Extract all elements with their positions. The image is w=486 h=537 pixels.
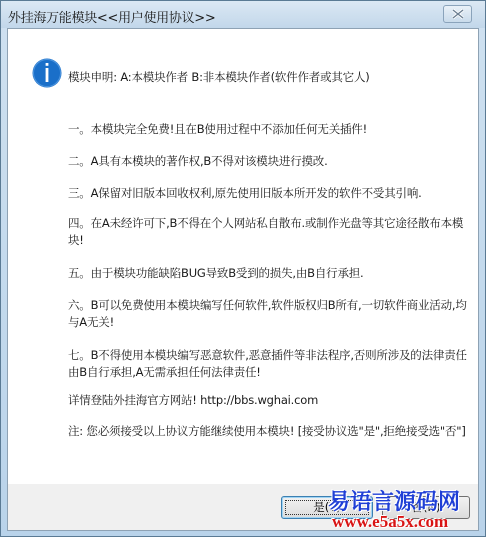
button-bar: 是(Y) 否(N) — [8, 484, 478, 530]
info-icon — [32, 58, 62, 88]
clause-2: 二。A具有本模块的著作权,B不得对该模块进行摸改. — [68, 153, 468, 170]
dialog-client-area: 模块申明: A:本模块作者 B:非本模块作者(软件作者或其它人) 一。本模块完全… — [7, 28, 479, 531]
no-button-label: 否(N) — [411, 500, 440, 514]
clause-4: 四。在A未经许可下,B不得在个人网站私自散布.或制作光盘等其它途径散布本模块! — [68, 215, 468, 249]
declaration-text: 模块申明: A:本模块作者 B:非本模块作者(软件作者或其它人) — [68, 69, 468, 86]
title-bar[interactable]: 外挂海万能模块<<用户使用协议>> — [1, 1, 485, 28]
clause-7: 七。B不得使用本模块编写恶意软件,恶意插件等非法程序,否则所涉及的法律责任由B自… — [68, 347, 468, 381]
dialog-window: 外挂海万能模块<<用户使用协议>> 模块申明: A:本模块作者 B:非本模块作者… — [0, 0, 486, 537]
acceptance-note: 注: 您必须接受以上协议方能继续使用本模块! [接受协议选"是",拒绝接受选"否… — [68, 423, 468, 440]
clause-3: 三。A保留对旧版本回收权利,原先使用旧版本所开发的软件不受其引响. — [68, 185, 468, 202]
close-icon — [452, 9, 464, 19]
website-line: 详情登陆外挂海官方网站! http://bbs.wghai.com — [68, 392, 468, 409]
yes-button[interactable]: 是(Y) — [281, 496, 373, 519]
no-button[interactable]: 否(N) — [382, 496, 470, 519]
clause-6: 六。B可以免费使用本模块编写任何软件,软件版权归B所有,一切软件商业活动,均与A… — [68, 297, 468, 331]
message-area: 模块申明: A:本模块作者 B:非本模块作者(软件作者或其它人) 一。本模块完全… — [8, 29, 478, 484]
clause-1: 一。本模块完全免费!且在B使用过程中不添加任何无关插件! — [68, 121, 468, 138]
yes-button-label: 是(Y) — [313, 500, 341, 514]
clause-5: 五。由于模块功能缺陷BUG导致B受到的损失,由B自行承担. — [68, 265, 468, 282]
window-title: 外挂海万能模块<<用户使用协议>> — [8, 7, 215, 26]
close-button[interactable] — [443, 5, 472, 23]
